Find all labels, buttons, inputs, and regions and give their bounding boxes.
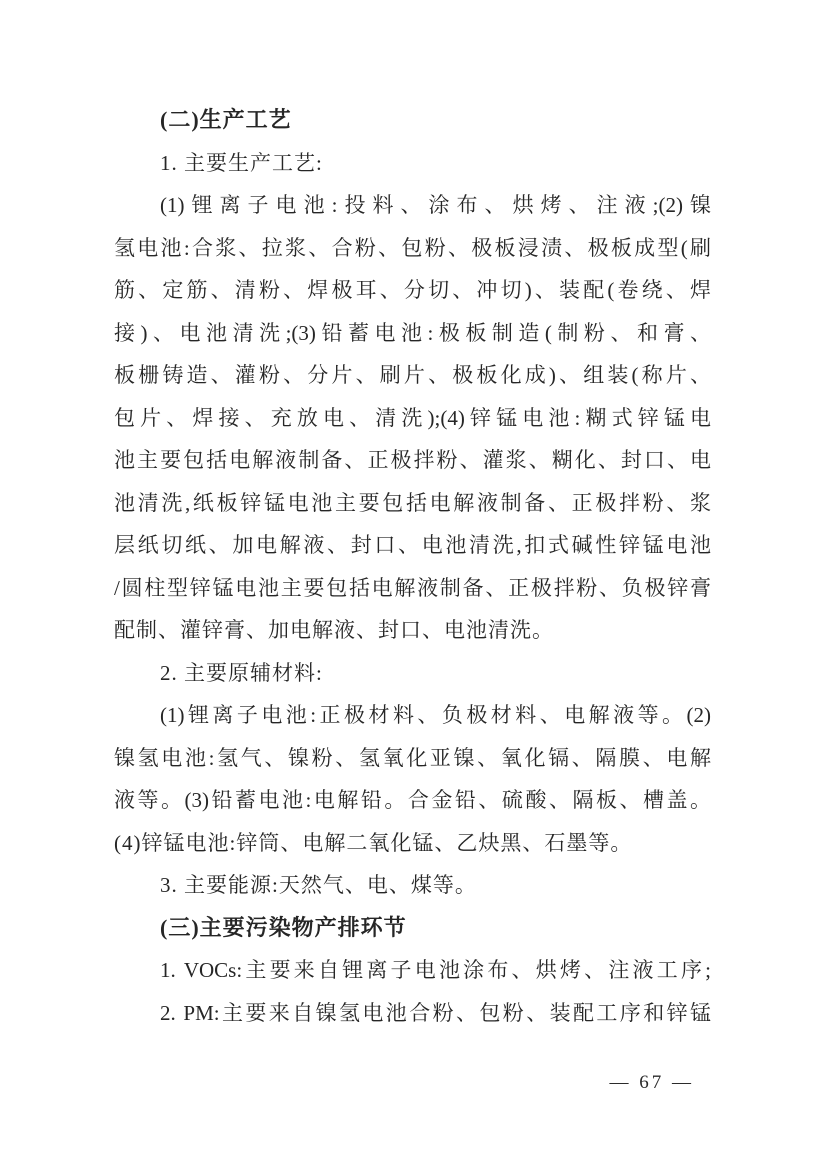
text-line: 氢电池:合浆、拉浆、合粉、包粉、极板浸渍、极板成型(刷 bbox=[114, 227, 711, 270]
page-number: — 67 — bbox=[0, 1072, 826, 1094]
text-line: 2. PM:主要来自镍氢电池合粉、包粉、装配工序和锌锰 bbox=[114, 992, 711, 1035]
text-line: 包片、焊接、充放电、清洗);(4)锌锰电池:糊式锌锰电 bbox=[114, 397, 711, 440]
text-line: (1)锂离子电池:投料、涂布、烘烤、注液;(2)镍 bbox=[114, 184, 711, 227]
text-line: 1. VOCs:主要来自锂离子电池涂布、烘烤、注液工序; bbox=[114, 949, 711, 992]
text-line: 1. 主要生产工艺: bbox=[114, 142, 711, 185]
section-heading: (二)生产工艺 bbox=[114, 99, 711, 142]
text-line: 筋、定筋、清粉、焊极耳、分切、冲切)、装配(卷绕、焊 bbox=[114, 269, 711, 312]
text-line: 板栅铸造、灌粉、分片、刷片、极板化成)、组装(称片、 bbox=[114, 354, 711, 397]
text-line: 2. 主要原辅材料: bbox=[114, 652, 711, 695]
text-line: 池清洗,纸板锌锰电池主要包括电解液制备、正极拌粉、浆 bbox=[114, 482, 711, 525]
text-line: (4)锌锰电池:锌筒、电解二氧化锰、乙炔黑、石墨等。 bbox=[114, 822, 711, 865]
text-line: 镍氢电池:氢气、镍粉、氢氧化亚镍、氧化镉、隔膜、电解 bbox=[114, 737, 711, 780]
document-body: (二)生产工艺1. 主要生产工艺:(1)锂离子电池:投料、涂布、烘烤、注液;(2… bbox=[114, 99, 711, 1034]
text-line: 配制、灌锌膏、加电解液、封口、电池清洗。 bbox=[114, 609, 711, 652]
text-line: 层纸切纸、加电解液、封口、电池清洗,扣式碱性锌锰电池 bbox=[114, 524, 711, 567]
text-line: 液等。(3)铅蓄电池:电解铅。合金铅、硫酸、隔板、槽盖。 bbox=[114, 779, 711, 822]
text-line: /圆柱型锌锰电池主要包括电解液制备、正极拌粉、负极锌膏 bbox=[114, 567, 711, 610]
section-heading: (三)主要污染物产排环节 bbox=[114, 907, 711, 950]
text-line: 池主要包括电解液制备、正极拌粉、灌浆、糊化、封口、电 bbox=[114, 439, 711, 482]
text-line: (1)锂离子电池:正极材料、负极材料、电解液等。(2) bbox=[114, 694, 711, 737]
text-line: 接)、电池清洗;(3)铅蓄电池:极板制造(制粉、和膏、 bbox=[114, 312, 711, 355]
document-page: (二)生产工艺1. 主要生产工艺:(1)锂离子电池:投料、涂布、烘烤、注液;(2… bbox=[0, 0, 826, 1169]
text-line: 3. 主要能源:天然气、电、煤等。 bbox=[114, 864, 711, 907]
